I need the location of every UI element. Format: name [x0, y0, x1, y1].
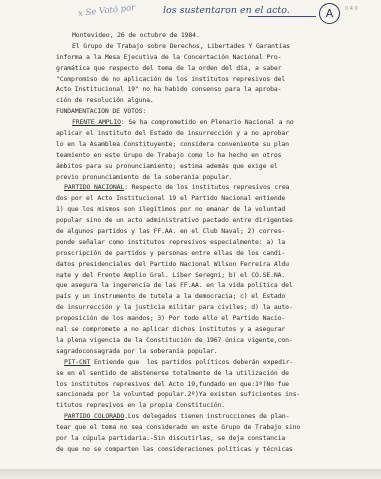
body-line: de insurrección y la justicia militar pa…: [56, 302, 356, 313]
handwritten-note-faded: x Se Votó por: [78, 3, 136, 19]
typed-document-body: Montevideo, 26 de octubre de 1984. El Gr…: [56, 30, 356, 455]
intro-line: informa a la Mesa Ejecutiva de la Concer…: [56, 52, 356, 63]
body-line: los institutos represivos del Acto 19,fu…: [56, 379, 356, 390]
section-heading-pit-cnt: PIT-CNT: [64, 358, 90, 366]
body-line: se en el sentido de abstenerse totalment…: [56, 368, 356, 379]
body-line: nate y del Frente Amplio Gral. Líber Ser…: [56, 270, 356, 281]
date-line: Montevideo, 26 de octubre de 1984.: [56, 30, 356, 41]
section-heading-partido-nacional: PARTIDO NACIONAL: [64, 183, 124, 191]
body-line: de que no se comparten las consideracion…: [56, 444, 356, 455]
body-line: proscripción de partidos y personas entr…: [56, 248, 356, 259]
body-line: por la cúpula partidaria.-Sin discutirla…: [56, 433, 356, 444]
body-line: previo pronunciamiento de la soberanía p…: [56, 172, 356, 183]
handwritten-underline: [248, 16, 316, 17]
section-heading-frente-amplio: FRENTE AMPLIO: [72, 118, 121, 126]
body-line: ámbitos para su pronunciamiento; estima …: [56, 161, 356, 172]
page-bottom-edge: [0, 469, 381, 479]
body-line: aplicar el instituto del Estado de insur…: [56, 128, 356, 139]
body-line: teamiento en este Grupo de Trabajo como …: [56, 150, 356, 161]
body-line: dos por el Acto Institucional 19 el Part…: [56, 193, 356, 204]
handwritten-note: los sustentaron en el acto.: [163, 5, 290, 16]
body-line: la plena vigencia de la Constitución de …: [56, 335, 356, 346]
body-line: sagradoconsagrada por la soberanía popul…: [56, 346, 356, 357]
section-title-fundamentacion: FUNDAMENTACION DE VOTOS:: [56, 106, 356, 117]
intro-line: El Grupo de Trabajo sobre Derechos, Libe…: [56, 41, 356, 52]
body-line: lo en la Asamblea Constituyente; conside…: [56, 139, 356, 150]
section-heading-partido-colorado: PARTIDO COLORADO: [64, 412, 124, 420]
section-pit-cnt-first-line: PIT-CNT Entiende que los partidos políti…: [56, 357, 356, 368]
section-frente-amplio-first-line: FRENTE AMPLIO: Se ha comprometido en Ple…: [56, 117, 356, 128]
body-line: popular sino de un acto administrativo p…: [56, 215, 356, 226]
body-line: 1) que los mismos son ilegítimos por no …: [56, 204, 356, 215]
intro-line: Acto Institucional 19" no ha habido cons…: [56, 84, 356, 95]
document-page: x Se Votó por los sustentaron en el acto…: [0, 0, 381, 471]
intro-line: ción de resolución alguna.: [56, 95, 356, 106]
body-line: tear que el tema no sea considerado en e…: [56, 422, 356, 433]
body-line: de algunos partidos y las FF.AA. en el C…: [56, 226, 356, 237]
body-line: que asegura la ingerencia de las FF.AA. …: [56, 280, 356, 291]
intro-line: gramática que respecto del tema de la or…: [56, 63, 356, 74]
body-line: nal se compromete a no aplicar dichos in…: [56, 324, 356, 335]
circled-letter-mark: A: [319, 3, 340, 24]
corner-page-mark: 0 4 0: [345, 6, 358, 12]
body-line: datos presidenciales del Partido Naciona…: [56, 259, 356, 270]
body-line: titutos represivos en la propia Constitu…: [56, 400, 356, 411]
intro-line: "Compromiso de no aplicación de los inst…: [56, 74, 356, 85]
body-line: sancionada por la voluntad popular.2º)Ya…: [56, 389, 356, 400]
section-partido-colorado-first-line: PARTIDO COLORADO.Los delegados tienen in…: [56, 411, 356, 422]
body-line: país y un instrumento de tutela a la dem…: [56, 291, 356, 302]
body-line: ponde señalar como institutos represivos…: [56, 237, 356, 248]
body-line: proposición de los mandos; 3) Por todo e…: [56, 313, 356, 324]
section-partido-nacional-first-line: PARTIDO NACIONAL: Respecto de los instit…: [56, 182, 356, 193]
